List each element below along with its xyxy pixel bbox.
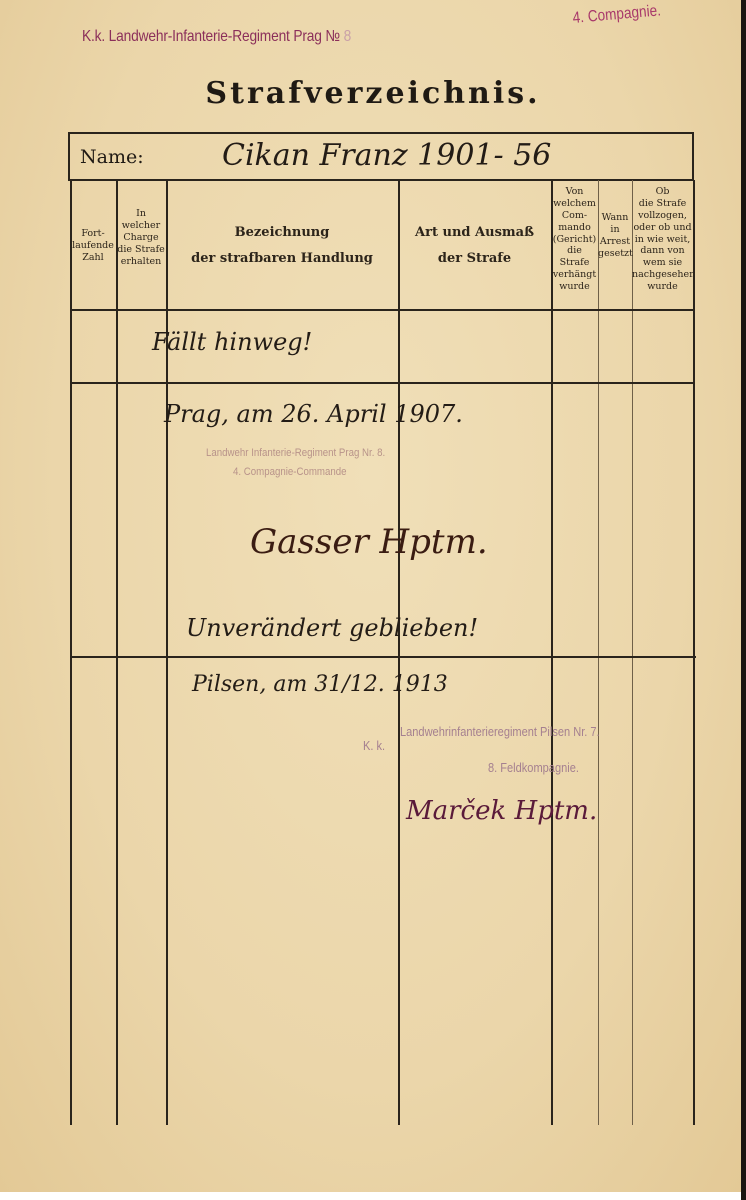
name-value: Cikan Franz 1901- 56 xyxy=(222,138,551,173)
column-line xyxy=(116,180,118,1125)
table-border-right xyxy=(692,132,694,180)
signature-gasser: Gasser Hptm. xyxy=(250,522,488,562)
entry-unveraendert: Unverändert geblieben! xyxy=(186,614,478,642)
name-label: Name: xyxy=(80,146,144,168)
entry-faellt-hinweg: Fällt hinweg! xyxy=(152,328,312,356)
document-title: Strafverzeichnis. xyxy=(0,76,746,111)
column-line xyxy=(632,180,633,1125)
feldkompagnie-stamp-line2: 8. Feldkompagnie. xyxy=(488,760,579,775)
header-art-ausmass: Art und Ausmaß der Strafe xyxy=(398,220,551,272)
entry-pilsen-date: Pilsen, am 31/12. 1913 xyxy=(192,672,448,697)
header-charge: In welcher Charge die Strafe erhalten xyxy=(116,208,166,267)
name-row-divider xyxy=(68,179,694,181)
commande-stamp-line1: Landwehr Infanterie-Regiment Prag Nr. 8. xyxy=(206,447,385,459)
signature-marcek: Marček Hptm. xyxy=(406,796,597,826)
header-commando: Von welchem Com- mando (Gericht) die Str… xyxy=(551,186,598,293)
column-line xyxy=(398,180,400,1125)
column-line xyxy=(70,180,72,1125)
header-fortlaufende-zahl: Fort- laufende Zahl xyxy=(70,228,116,264)
entry-prag-date: Prag, am 26. April 1907. xyxy=(164,400,463,428)
header-bezeichnung: Bezeichnung der strafbaren Handlung xyxy=(166,220,398,272)
row-divider xyxy=(70,382,694,384)
column-line xyxy=(166,180,168,1125)
feldkompagnie-stamp-prefix: K. k. xyxy=(363,738,385,753)
feldkompagnie-stamp-line1: Landwehrinfanterieregiment Pilsen Nr. 7. xyxy=(400,724,600,739)
row-divider xyxy=(70,656,696,658)
header-vollzogen: Ob die Strafe vollzogen, oder ob und in … xyxy=(632,186,693,293)
scan-edge xyxy=(741,0,746,1200)
column-line xyxy=(598,180,599,1125)
column-line xyxy=(551,180,553,1125)
header-arrest: Wann in Arrest gesetzt xyxy=(598,212,632,260)
table-border-top xyxy=(68,132,694,134)
regiment-stamp: K.k. Landwehr-Infanterie-Regiment Prag №… xyxy=(82,28,351,46)
table-border-left xyxy=(68,132,70,180)
column-line xyxy=(693,180,695,1125)
commande-stamp-line2: 4. Compagnie-Commande xyxy=(233,466,347,478)
header-row-divider xyxy=(70,309,694,311)
